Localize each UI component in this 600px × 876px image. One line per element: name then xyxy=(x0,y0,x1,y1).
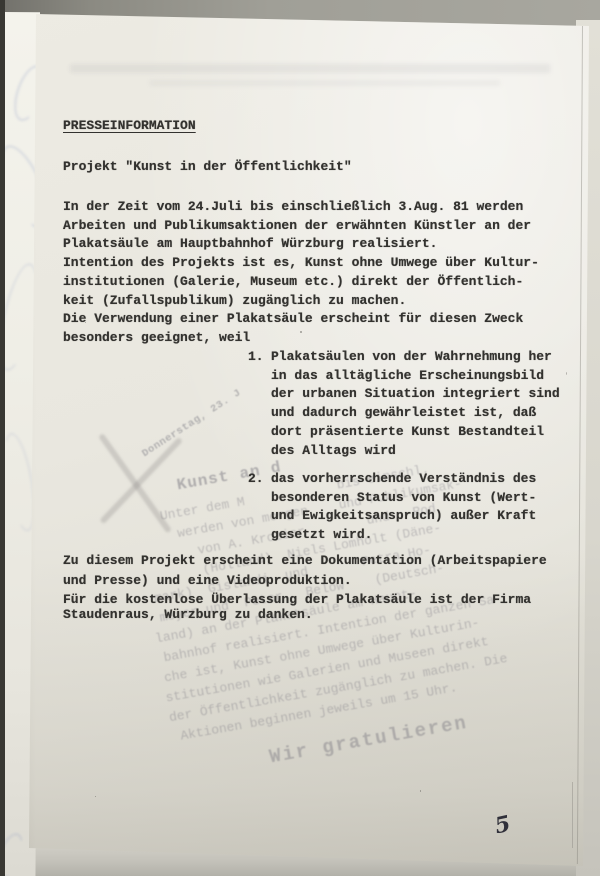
text-line: Staudenraus, Würzburg zu danken. xyxy=(63,608,531,623)
document-subtitle: Projekt "Kunst in der Öffentlichkeit" xyxy=(63,159,352,174)
text-line: Plakatsäulen von der Wahrnehmung her xyxy=(271,348,581,367)
list-number: 2. xyxy=(248,470,264,489)
handwritten-page-number: 5 xyxy=(492,811,512,840)
text-line: dort präsentierte Kunst Bestandteil xyxy=(271,423,581,442)
text-line: das vorherrschende Verständnis des xyxy=(271,470,581,489)
dust-speck xyxy=(85,322,86,323)
text-line: In der Zeit vom 24.Juli bis einschließli… xyxy=(63,198,539,217)
text-line: Die Verwendung einer Plakatsäule erschei… xyxy=(63,310,539,329)
text-line: Intention des Projekts ist es, Kunst ohn… xyxy=(63,254,539,273)
list-number: 1. xyxy=(248,348,264,367)
list-item-lines: das vorherrschende Verständnis desbesond… xyxy=(271,470,581,545)
text-line: Für die kostenlose Überlassung der Plaka… xyxy=(63,593,531,608)
ghost-line: Aktionen beginnen jeweils um 15 Uhr. xyxy=(179,659,569,747)
text-line: Arbeiten und Publikumsaktionen der erwäh… xyxy=(63,217,539,236)
underlying-edge-line xyxy=(572,782,573,848)
photo-left-edge xyxy=(0,0,5,876)
ghost-line: der Öffentlichkeit zugänglich zu machen.… xyxy=(168,639,565,728)
text-line: der urbanen Situation integriert sind xyxy=(271,385,581,404)
ghost-closing: Wir gratulieren xyxy=(268,694,575,767)
text-line: Zu diesem Projekt erscheint eine Dokumen… xyxy=(63,551,547,571)
ghost-line: stitutionen wie Galerien und Museen dire… xyxy=(164,619,561,708)
text-line: Plakatsäule am Hauptbahnhof Würzburg rea… xyxy=(63,235,539,254)
dust-speck xyxy=(566,372,567,375)
list-item-lines: Plakatsäulen von der Wahrnehmung herin d… xyxy=(271,348,581,460)
dust-speck xyxy=(300,331,302,333)
ghost-smudge xyxy=(150,80,500,86)
list-item-2: 2. das vorherrschende Verständnis desbes… xyxy=(248,470,581,545)
document-page: Donnerstag, 23. J Kunst an d Unter dem M… xyxy=(0,0,600,876)
text-line: und dadurch gewährleistet ist, daß xyxy=(271,404,581,423)
text-line: keit (Zufallspublikum) zugänglich zu mac… xyxy=(63,292,539,311)
text-line: und Presse) und eine Videoproduktion. xyxy=(63,571,547,591)
text-line: des Alltags wird xyxy=(271,442,581,461)
ghost-smudge xyxy=(70,64,550,73)
text-line: und Ewigkeitsanspruch) außer Kraft xyxy=(271,507,581,526)
dust-speck xyxy=(420,790,421,792)
text-line: besonderen Status von Kunst (Wert- xyxy=(271,489,581,508)
text-line: gesetzt wird. xyxy=(271,526,581,545)
list-item-1: 1. Plakatsäulen von der Wahrnehmung heri… xyxy=(248,348,581,460)
ghost-diagonal-note: Donnerstag, 23. J xyxy=(140,387,244,460)
text-line: in das alltägliche Erscheinungsbild xyxy=(271,367,581,386)
text-line: institutionen (Galerie, Museum etc.) dir… xyxy=(63,273,539,292)
paragraph-documentation: Zu diesem Projekt erscheint eine Dokumen… xyxy=(63,551,547,590)
paragraph-intro: In der Zeit vom 24.Juli bis einschließli… xyxy=(63,198,539,348)
dust-speck xyxy=(95,796,96,797)
paragraph-thanks: Für die kostenlose Überlassung der Plaka… xyxy=(63,593,531,622)
document-heading: PRESSEINFORMATION xyxy=(63,118,196,133)
